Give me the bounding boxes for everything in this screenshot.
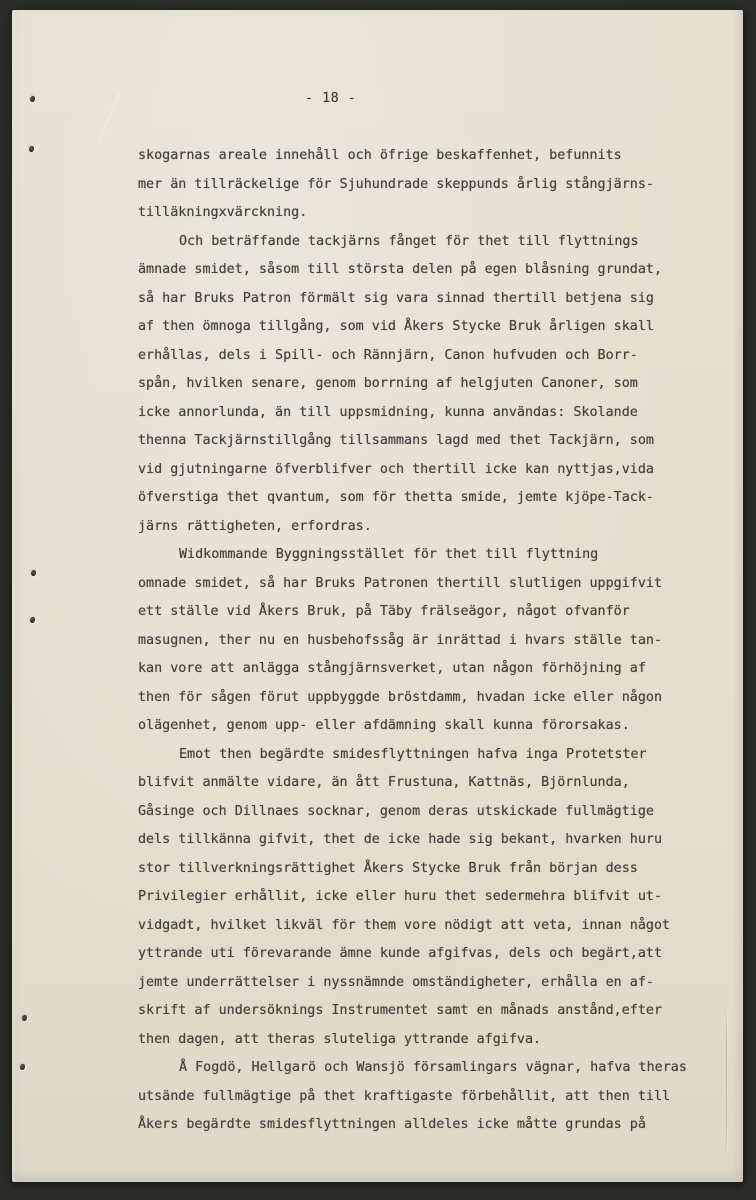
text-line: Och beträffande tackjärns fånget för the…: [138, 228, 704, 257]
text-line: thenna Tackjärnstillgång tillsammans lag…: [138, 427, 704, 456]
text-line: ämnade smidet, såsom till största delen …: [138, 256, 704, 285]
text-line: blifvit anmälte vidare, än ått Frustuna,…: [138, 769, 704, 798]
text-line: erhållas, dels i Spill- och Rännjärn, Ca…: [138, 342, 704, 371]
text-line: masugnen, ther nu en husbehofssåg är inr…: [138, 627, 704, 656]
text-line: icke annorlunda, än till uppsmidning, ku…: [138, 399, 704, 428]
punch-hole: [31, 570, 36, 576]
text-line: dels tillkänna gifvit, thet de icke hade…: [138, 826, 704, 855]
text-line: then dagen, att theras sluteliga yttrand…: [138, 1026, 704, 1055]
text-line: Gåsinge och Dillnaes socknar, genom dera…: [138, 798, 704, 827]
text-line: Widkommande Byggningsstället för thet ti…: [138, 541, 704, 570]
text-line: then för sågen förut uppbyggde bröstdamm…: [138, 684, 704, 713]
punch-hole: [30, 617, 35, 623]
scan-background: - 18 - skogarnas areale innehåll och öfr…: [0, 0, 756, 1200]
document-page: - 18 - skogarnas areale innehåll och öfr…: [12, 10, 743, 1182]
text-line: vidgadt, hvilket likväl för them vore nö…: [138, 912, 704, 941]
text-line: stor tillverkningsrättighet Åkers Stycke…: [138, 855, 704, 884]
text-line: skogarnas areale innehåll och öfrige bes…: [138, 142, 704, 171]
page-number: - 18 -: [305, 85, 356, 114]
text-line: af then ömnoga tillgång, som vid Åkers S…: [138, 313, 704, 342]
text-line: öfverstiga thet qvantum, som för thetta …: [138, 484, 704, 513]
text-line: Åkers begärdte smidesflyttningen alldele…: [138, 1111, 704, 1140]
text-line: vid gjutningarne öfverblifver och therti…: [138, 456, 704, 485]
text-line: Privilegier erhållit, icke eller huru th…: [138, 883, 704, 912]
text-line: kan vore att anlägga stångjärnsverket, u…: [138, 655, 704, 684]
text-line: ett ställe vid Åkers Bruk, på Täby fräls…: [138, 598, 704, 627]
text-line: järns rättigheten, erfordras.: [138, 513, 704, 542]
text-line: omnade smidet, så har Bruks Patronen the…: [138, 570, 704, 599]
text-body: skogarnas areale innehåll och öfrige bes…: [138, 142, 704, 1140]
text-line: yttrande uti förevarande ämne kunde afgi…: [138, 940, 704, 969]
text-line: så har Bruks Patron förmält sig vara sin…: [138, 285, 704, 314]
text-line: olägenhet, genom upp- eller afdämning sk…: [138, 712, 704, 741]
punch-hole: [29, 146, 34, 152]
text-line: skrift af undersöknings Instrumentet sam…: [138, 997, 704, 1026]
punch-hole: [20, 1064, 25, 1070]
text-line: jemte underrättelser i nyssnämnde omstän…: [138, 969, 704, 998]
paper-scratch: [97, 92, 122, 144]
text-line: Å Fogdö, Hellgarö och Wansjö församlinga…: [138, 1054, 704, 1083]
text-line: Emot then begärdte smidesflyttningen haf…: [138, 741, 704, 770]
punch-hole: [30, 96, 35, 102]
punch-hole: [22, 1015, 27, 1021]
text-line: spån, hvilken senare, genom borrning af …: [138, 370, 704, 399]
paper-crease: [726, 1005, 727, 1155]
text-line: mer än tillräckelige för Sjuhundrade ske…: [138, 171, 704, 200]
text-line: utsände fullmägtige på thet kraftigaste …: [138, 1083, 704, 1112]
text-line: tilläkningxvärckning.: [138, 199, 704, 228]
